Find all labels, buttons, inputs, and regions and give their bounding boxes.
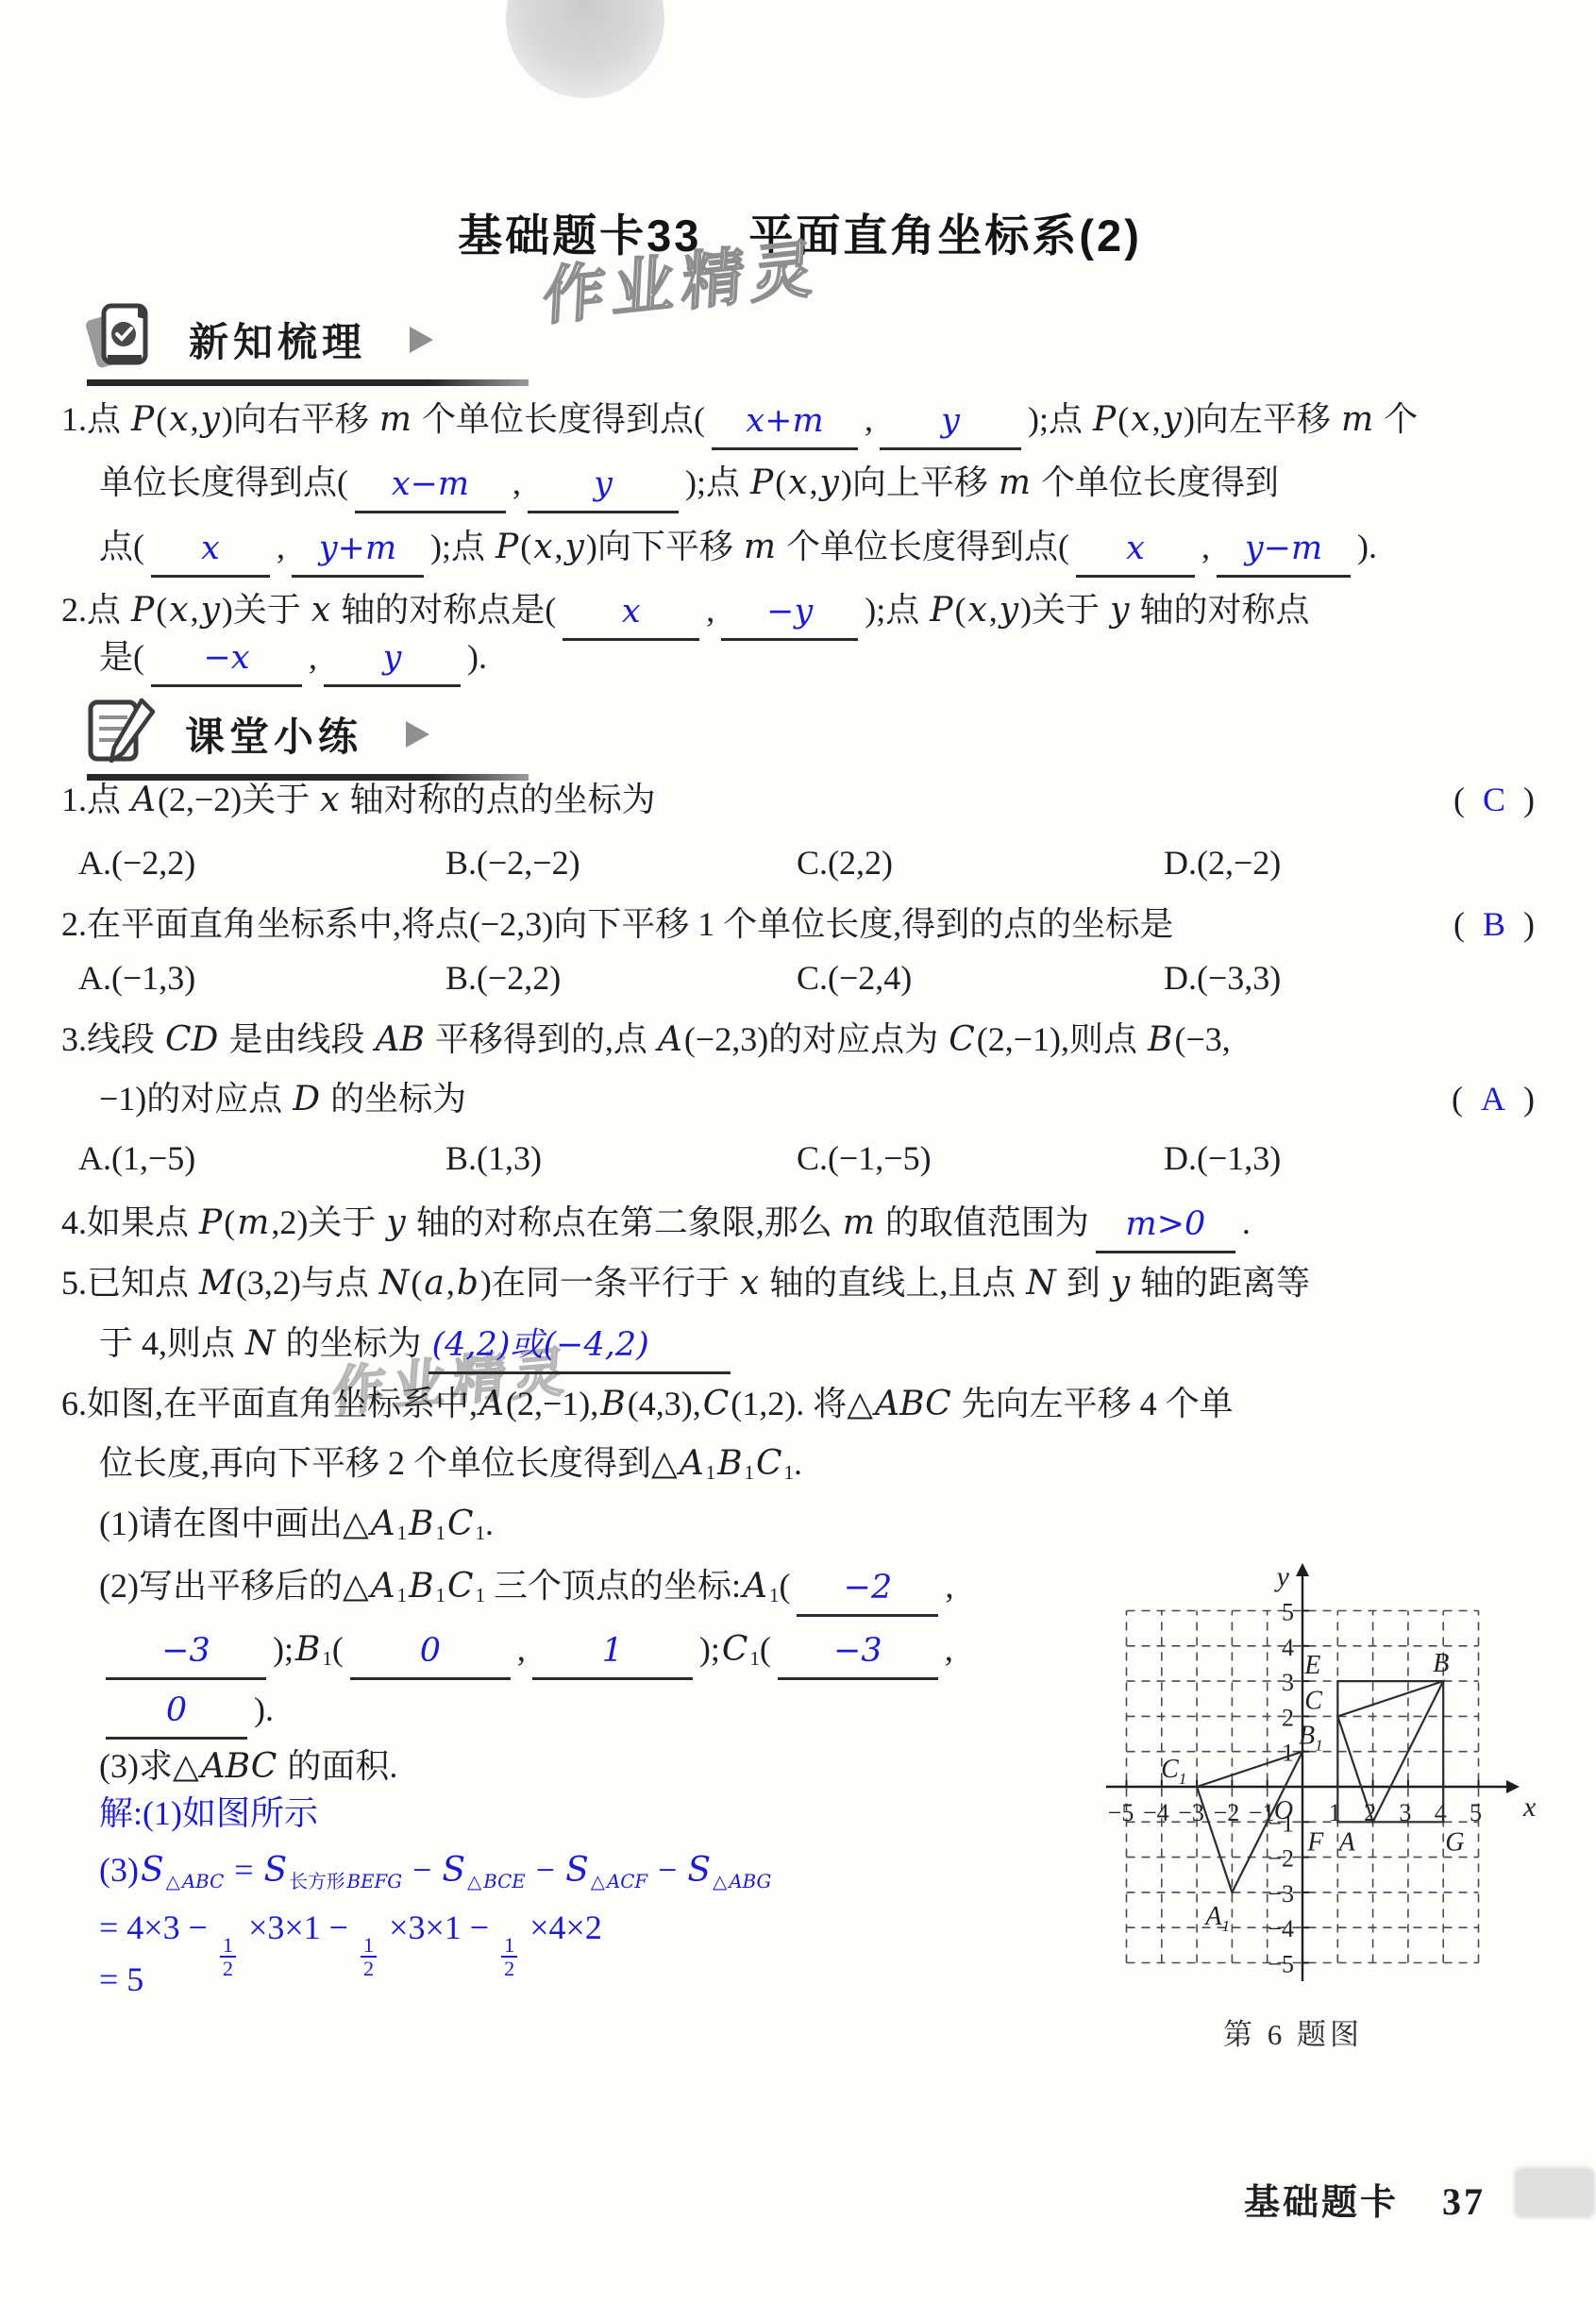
svg-text:−2: −2 [1214, 1799, 1240, 1826]
text-segment: 6.如图,在平面直角坐标系中,A(2,−1),B(4,3),C(1,2). 将△… [61, 1385, 1234, 1422]
cards-check-icon [83, 300, 160, 378]
text-segment: ). [467, 638, 487, 676]
text-line: 0). [99, 1679, 1081, 1740]
figure-svg: xyO−5−4−3−2−11234554321−1−2−3−4−5EBCB1C1… [1076, 1542, 1557, 2014]
blank-answer-text: x [1126, 530, 1145, 567]
text-segment: ×4×2 [521, 1909, 602, 1946]
svg-text:−3: −3 [1268, 1880, 1294, 1908]
answer-box: (C) [1453, 769, 1535, 830]
text-line: 5.已知点 M(3,2)与点 N(a,b)在同一条平行于 x 轴的直线上,且点 … [61, 1253, 1538, 1313]
text-line: 单位长度得到点(x−m,y);点 P(x,y)向上平移 m 个单位长度得到 [99, 452, 1538, 513]
svg-text:−4: −4 [1143, 1799, 1169, 1826]
answer-blank[interactable]: −3 [778, 1626, 938, 1680]
svg-text:−5: −5 [1268, 1951, 1294, 1978]
blank-answer-text: −x [203, 639, 249, 677]
clipboard-pencil-icon [83, 695, 157, 773]
blank-answer-text: 0 [420, 1632, 441, 1670]
text-segment: , [277, 528, 285, 565]
text-segment: 2.在平面直角坐标系中,将点(−2,3)向下平移 1 个单位长度,得到的点的坐标… [61, 905, 1173, 943]
scan-artifact-smudge [1514, 2167, 1595, 2218]
option-b: B.(−2,2) [445, 948, 561, 1008]
text-segment: 1.点 A(2,−2)关于 x 轴对称的点的坐标为 [61, 781, 656, 818]
text-segment: 位长度,再向下平移 2 个单位长度得到△A1B1C1. [99, 1444, 802, 1482]
answer-blank[interactable]: x [1076, 524, 1195, 578]
option-row: A.(1,−5)B.(1,3)C.(−1,−5)D.(−1,3) [61, 1128, 1538, 1188]
answer-blank[interactable]: x [151, 524, 270, 578]
point-label-E: E [1303, 1651, 1320, 1680]
answer-blank[interactable]: x−m [355, 460, 506, 513]
text-segment: );C1( [699, 1630, 771, 1668]
answer-blank[interactable]: 0 [106, 1686, 247, 1740]
text-segment: . [1242, 1203, 1251, 1241]
answer-blank[interactable]: −3 [106, 1626, 266, 1680]
footer-label: 基础题卡 [1244, 2183, 1399, 2223]
text-segment: 单位长度得到点( [99, 463, 348, 501]
text-segment: , [945, 1630, 953, 1668]
text-segment: ). [254, 1690, 274, 1728]
point-label-C1: C1 [1161, 1755, 1186, 1788]
answer-blank[interactable]: 1 [532, 1626, 693, 1680]
page-footer: 基础题卡37 [1244, 2173, 1486, 2225]
option-a: A.(−1,3) [78, 948, 195, 1008]
option-c: C.(−2,4) [797, 948, 912, 1008]
point-label-B: B [1433, 1649, 1449, 1678]
text-segment: 于 4,则点 N 的坐标为 [99, 1324, 422, 1362]
text-segment: 5.已知点 M(3,2)与点 N(a,b)在同一条平行于 x 轴的直线上,且点 … [61, 1264, 1310, 1302]
blank-answer-text: y [941, 402, 960, 440]
text-segment: , [945, 1567, 953, 1605]
point-label-C: C [1304, 1686, 1322, 1715]
answer-blank[interactable]: −x [151, 633, 302, 687]
text-line: 1.点 A(2,−2)关于 x 轴对称的点的坐标为(C) [61, 769, 1538, 830]
answer-blank[interactable]: y [528, 460, 679, 513]
footer-page-number: 37 [1442, 2180, 1486, 2223]
answer-letter: B [1465, 905, 1523, 943]
text-segment: , [865, 400, 873, 438]
text-segment: 3.线段 CD 是由线段 AB 平移得到的,点 A(−2,3)的对应点为 C(2… [61, 1020, 1231, 1058]
option-b: B.(−2,−2) [445, 832, 580, 893]
figure-caption: 第 6 题图 [1076, 2010, 1510, 2053]
svg-text:−2: −2 [1268, 1845, 1294, 1873]
text-segment: 1.点 P(x,y)向右平移 m 个单位长度得到点( [61, 400, 705, 438]
text-segment: (3)S [99, 1851, 166, 1889]
subscript: △ACF [591, 1872, 649, 1892]
coordinate-grid-figure: xyO−5−4−3−2−11234554321−1−2−3−4−5EBCB1C1… [1076, 1542, 1557, 2014]
answer-box: (B) [1453, 894, 1535, 954]
blank-answer-text: x [622, 593, 641, 631]
svg-text:−3: −3 [1178, 1799, 1204, 1826]
answer-blank[interactable]: y−m [1217, 524, 1351, 578]
text-segment: 4.如果点 P(m,2)关于 y 轴的对称点在第二象限,那么 m 的取值范围为 [61, 1203, 1089, 1241]
option-a: A.(−2,2) [78, 832, 195, 893]
text-line: 点(x,y+m);点 P(x,y)向下平移 m 个单位长度得到点(x,y−m). [99, 516, 1538, 577]
text-segment: ( [1453, 781, 1465, 818]
section-practice-label: 课堂小练 [185, 706, 362, 763]
text-segment: − S [404, 1851, 467, 1889]
text-segment: − S [528, 1851, 591, 1889]
text-segment: ) [1523, 905, 1535, 943]
page: 基础题卡33 平面直角坐标系(2) 作业精灵 作业精灵 新知梳理 [0, 0, 1596, 2304]
text-segment: );点 P(x,y)向左平移 m 个 [1028, 400, 1418, 438]
text-line: 于 4,则点 N 的坐标为(4,2)或(−4,2) [99, 1313, 1538, 1373]
answer-blank[interactable]: x+m [712, 396, 858, 450]
option-row: A.(−1,3)B.(−2,2)C.(−2,4)D.(−3,3) [61, 948, 1538, 1008]
text-line: 4.如果点 P(m,2)关于 y 轴的对称点在第二象限,那么 m 的取值范围为m… [61, 1192, 1538, 1253]
point-label-F: F [1306, 1827, 1324, 1857]
text-line: −1)的对应点 D 的坐标为(A) [99, 1068, 1538, 1129]
blank-answer-text: −y [766, 593, 813, 631]
blank-answer-text: y+m [319, 530, 396, 567]
svg-text:x: x [1522, 1791, 1537, 1823]
text-segment: (1)请在图中画出△A1B1C1. [99, 1505, 494, 1542]
text-segment: );点 P(x,y)向上平移 m 个单位长度得到 [685, 463, 1279, 501]
text-segment: 是( [99, 638, 144, 676]
blank-answer-text: y [383, 639, 402, 677]
svg-text:5: 5 [1470, 1799, 1482, 1826]
answer-blank[interactable]: (4,2)或(−4,2) [428, 1320, 731, 1374]
blank-answer-text: x [201, 530, 220, 567]
svg-text:−5: −5 [1108, 1799, 1134, 1826]
svg-text:4: 4 [1282, 1634, 1294, 1661]
triangle-pointer-icon [410, 327, 433, 353]
blank-answer-text: m>0 [1126, 1205, 1206, 1243]
text-segment: );B1( [273, 1630, 344, 1668]
text-segment: − S [649, 1851, 713, 1889]
section-underline [87, 379, 529, 386]
text-line: 位长度,再向下平移 2 个单位长度得到△A1B1C1. [99, 1433, 1538, 1493]
blank-answer-text: x−m [392, 465, 469, 503]
option-c: C.(2,2) [797, 832, 893, 893]
text-line: 是(−x,y). [99, 627, 1538, 687]
blank-answer-text: y−m [1245, 530, 1322, 567]
blank-answer-text: y [594, 465, 613, 503]
text-segment: 解:(1)如图所示 [99, 1794, 318, 1832]
text-segment: −1)的对应点 D 的坐标为 [99, 1080, 466, 1118]
answer-letter: A [1463, 1080, 1523, 1118]
section-header-review: 新知梳理 [83, 300, 433, 378]
text-line: −3);B1(0,1);C1(−3, [99, 1619, 1081, 1679]
svg-text:5: 5 [1282, 1599, 1294, 1626]
answer-blank[interactable]: y+m [292, 524, 424, 578]
text-segment: ×3×1 − [240, 1909, 357, 1946]
text-segment: , [309, 638, 317, 676]
svg-text:3: 3 [1282, 1669, 1294, 1696]
option-b: B.(1,3) [445, 1128, 542, 1188]
text-segment: ( [1453, 905, 1465, 943]
blank-answer-text: x+m [746, 402, 823, 440]
answer-blank[interactable]: y [880, 396, 1021, 450]
text-segment: );点 P(x,y)关于 y 轴的对称点 [865, 591, 1309, 629]
point-label-A1: A1 [1203, 1902, 1230, 1935]
blank-answer-text: 0 [166, 1691, 187, 1729]
text-segment: ( [1452, 1080, 1463, 1118]
svg-text:2: 2 [1282, 1704, 1294, 1731]
section-review-label: 新知梳理 [189, 311, 366, 368]
svg-text:−4: −4 [1268, 1915, 1294, 1942]
text-segment: , [706, 591, 714, 629]
svg-text:y: y [1274, 1561, 1290, 1592]
text-segment: );点 P(x,y)向下平移 m 个单位长度得到点( [430, 528, 1069, 565]
text-line: 2.在平面直角坐标系中,将点(−2,3)向下平移 1 个单位长度,得到的点的坐标… [61, 894, 1538, 954]
text-segment: , [517, 1630, 526, 1668]
option-row: A.(−2,2)B.(−2,−2)C.(2,2)D.(2,−2) [61, 832, 1538, 893]
point-label-G: G [1445, 1827, 1464, 1857]
svg-text:1: 1 [1282, 1740, 1294, 1767]
text-segment: ×3×1 − [380, 1909, 497, 1946]
option-d: D.(2,−2) [1164, 832, 1281, 893]
text-line: 3.线段 CD 是由线段 AB 平移得到的,点 A(−2,3)的对应点为 C(2… [61, 1009, 1538, 1069]
text-segment: = S [226, 1851, 289, 1889]
blank-answer-text: 1 [602, 1632, 623, 1670]
option-d: D.(−1,3) [1164, 1128, 1281, 1188]
section-header-practice: 课堂小练 [83, 695, 429, 773]
scan-artifact-circle [506, 0, 664, 98]
blank-answer-text: −3 [161, 1632, 210, 1670]
text-segment: 点( [99, 528, 144, 565]
answer-blank[interactable]: −2 [797, 1563, 938, 1617]
option-c: C.(−1,−5) [797, 1128, 932, 1188]
text-segment: , [512, 463, 521, 501]
triangle-pointer-icon [406, 721, 429, 748]
option-a: A.(1,−5) [78, 1128, 195, 1188]
subscript: 长方形BEFG [289, 1872, 404, 1892]
subscript: △ABC [166, 1872, 227, 1892]
text-line: (2)写出平移后的△A1B1C1 三个顶点的坐标:A1(−2, [99, 1556, 1081, 1616]
option-d: D.(−3,3) [1164, 948, 1281, 1008]
text-segment: = 4×3 − [99, 1909, 216, 1946]
point-label-A: A [1337, 1827, 1356, 1857]
text-segment: (3)求△ABC 的面积. [99, 1747, 397, 1785]
text-segment: , [1201, 528, 1210, 565]
text-segment: = 5 [99, 1960, 143, 1998]
blank-answer-text: −2 [844, 1569, 893, 1606]
answer-blank[interactable]: m>0 [1096, 1200, 1235, 1253]
text-segment: ). [1357, 528, 1377, 565]
subscript: △ABG [713, 1872, 773, 1892]
answer-box: (A) [1452, 1068, 1535, 1129]
blank-answer-text: −3 [833, 1632, 882, 1670]
subscript: △BCE [467, 1872, 528, 1892]
text-line: 6.如图,在平面直角坐标系中,A(2,−1),B(4,3),C(1,2). 将△… [61, 1373, 1538, 1434]
text-segment: 2.点 P(x,y)关于 x 轴的对称点是( [61, 591, 556, 629]
blank-answer-text: (4,2)或(−4,2) [432, 1326, 649, 1364]
text-segment: ) [1523, 781, 1535, 818]
answer-blank[interactable]: y [324, 633, 461, 687]
answer-blank[interactable]: 0 [350, 1626, 511, 1680]
text-segment: (2)写出平移后的△A1B1C1 三个顶点的坐标:A1( [99, 1567, 790, 1605]
point-label-B1: B1 [1299, 1722, 1323, 1755]
text-line: 1.点 P(x,y)向右平移 m 个单位长度得到点(x+m,y);点 P(x,y… [61, 389, 1538, 449]
text-segment: ) [1523, 1080, 1535, 1118]
answer-letter: C [1465, 781, 1523, 818]
